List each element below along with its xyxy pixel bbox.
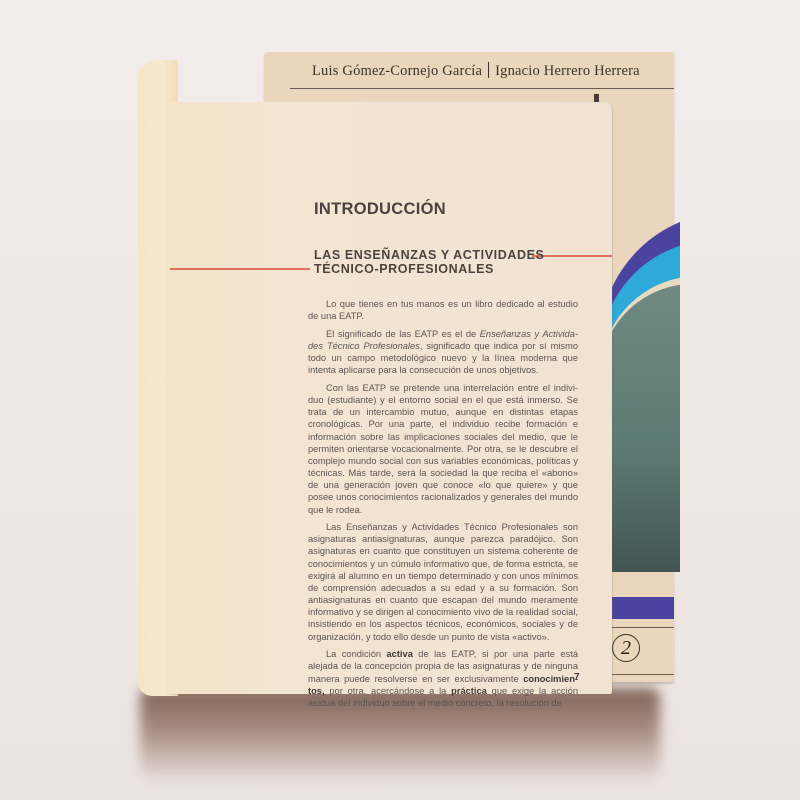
author-separator xyxy=(488,62,489,78)
page-subheading: LAS ENSEÑANZAS Y ACTIVIDADES TÉCNICO-PRO… xyxy=(314,248,545,276)
paragraph-3: Con las EATP se pretende una interrelaci… xyxy=(308,382,578,516)
cover-arch-illustration xyxy=(600,212,680,572)
paragraph-5: La condición activa de las EATP, si por … xyxy=(308,648,578,709)
author-1: Luis Gómez-Cornejo García xyxy=(312,63,482,79)
paragraph-5-bold: activa xyxy=(387,649,413,659)
volume-number-badge: 2 xyxy=(612,634,640,662)
paragraph-5-text: por otra, acercándose a la xyxy=(325,686,452,696)
paragraph-2: El significado de las EATP es el de Ense… xyxy=(308,328,578,377)
subheading-line-1: LAS ENSEÑANZAS Y ACTIVIDADES xyxy=(314,248,545,262)
paragraph-5-text: La condición xyxy=(326,649,387,659)
book-photo: Luis Gómez-Cornejo GarcíaIgnacio Herrero… xyxy=(0,0,800,800)
page-number: 7 xyxy=(574,672,580,683)
subheading-line-2: TÉCNICO-PROFESIONALES xyxy=(314,262,545,276)
red-rule-left xyxy=(170,268,310,270)
author-2: Ignacio Herrero Herrera xyxy=(495,63,640,79)
paragraph-4: Las Enseñanzas y Actividades Técnico Pro… xyxy=(308,521,578,643)
cover-authors: Luis Gómez-Cornejo GarcíaIgnacio Herrero… xyxy=(312,62,640,80)
paragraph-1: Lo que tienes en tus manos es un libro d… xyxy=(308,298,578,322)
page-heading: INTRODUCCIÓN xyxy=(314,200,446,219)
book-page: INTRODUCCIÓN LAS ENSEÑANZAS Y ACTIVIDADE… xyxy=(170,102,612,694)
body-text: Lo que tienes en tus manos es un libro d… xyxy=(308,298,578,715)
paragraph-2-text: El significado de las EATP es el de xyxy=(326,329,480,339)
paragraph-5-bold: práctica xyxy=(451,686,487,696)
cover-rule xyxy=(290,88,674,89)
